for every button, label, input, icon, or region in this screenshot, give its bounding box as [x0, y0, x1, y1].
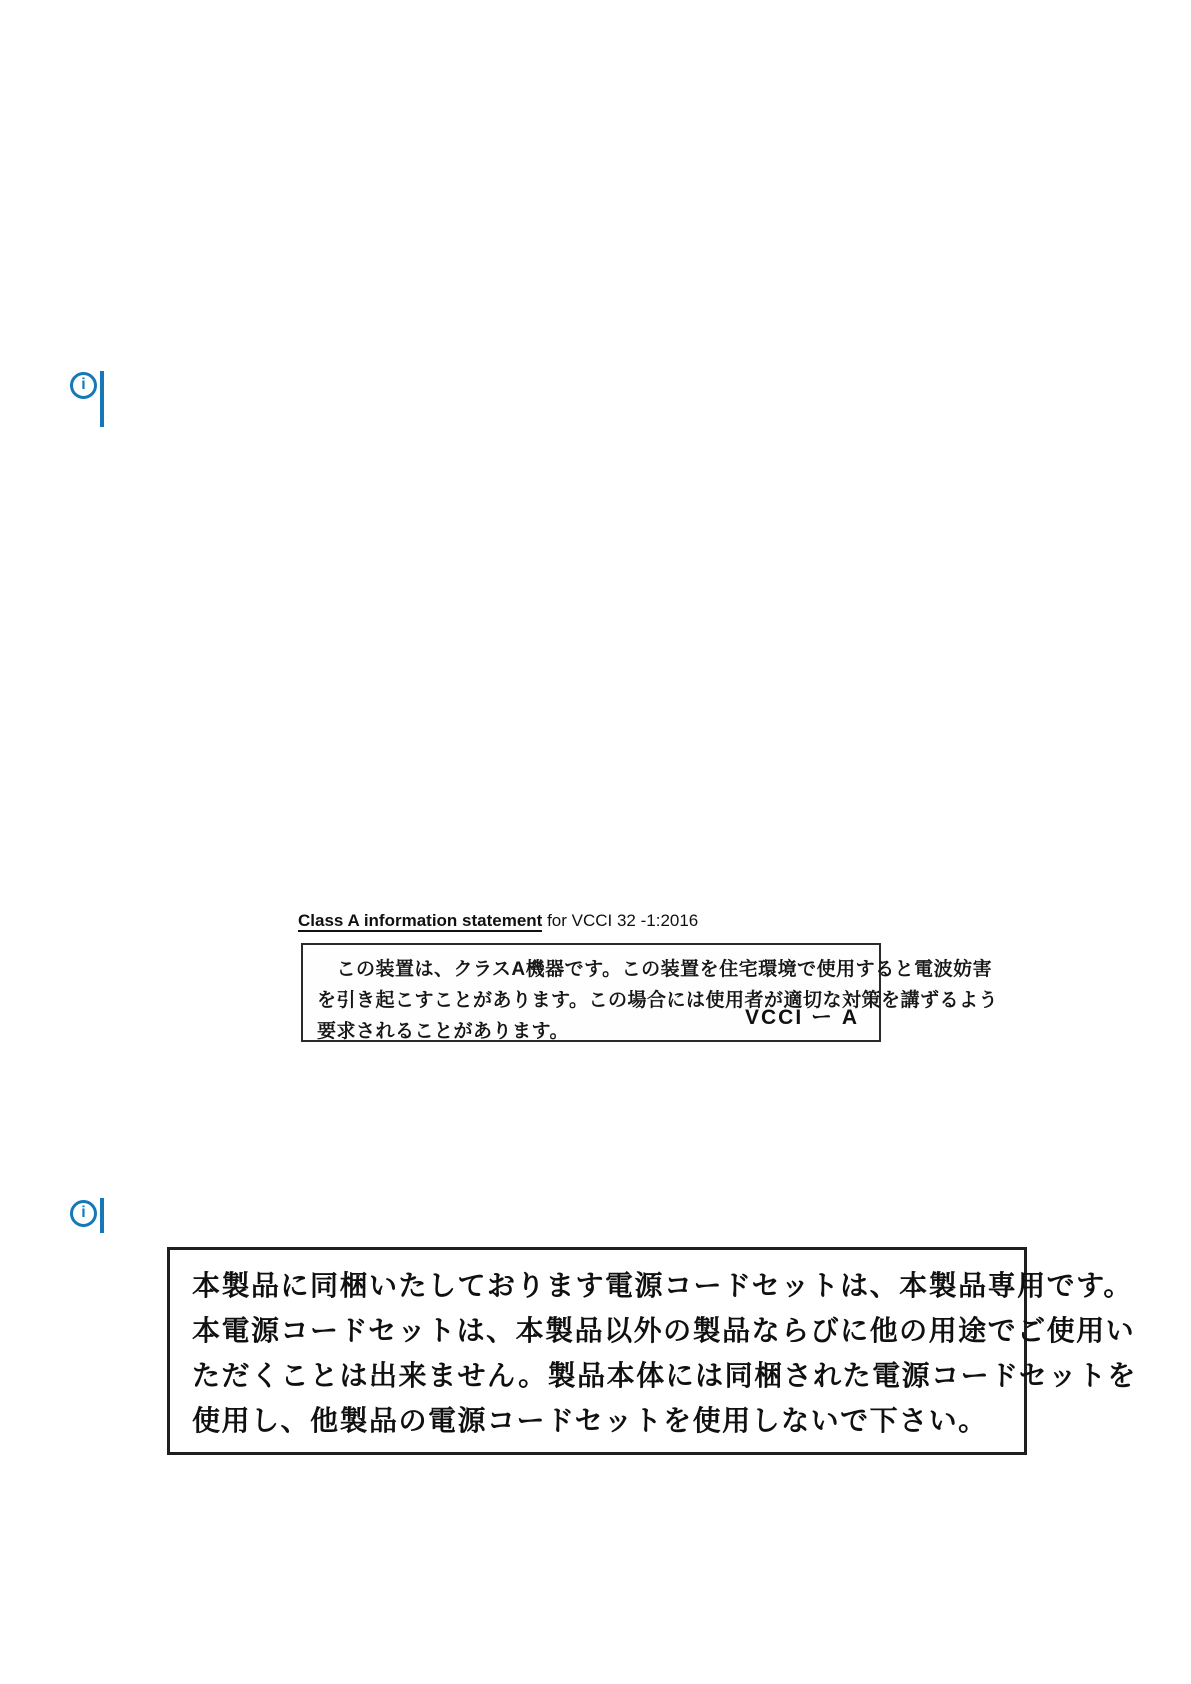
class-a-heading: Class A information statement for VCCI 3… — [298, 909, 698, 933]
vcci-statement-box: この装置は、クラスA機器です。この装置を住宅環境で使用すると電波妨害 を引き起こ… — [301, 943, 881, 1042]
info-icon-glyph: i — [81, 377, 85, 393]
note-vertical-rule — [100, 1198, 104, 1233]
power-cord-notice-line: 使用し、他製品の電源コードセットを使用しないで下さい。 — [192, 1398, 1004, 1443]
document-page: i Class A information statement for VCCI… — [0, 0, 1191, 1684]
power-cord-notice-box: 本製品に同梱いたしております電源コードセットは、本製品専用です。 本電源コードセ… — [167, 1247, 1027, 1455]
info-icon-glyph: i — [81, 1205, 85, 1221]
info-icon: i — [70, 372, 97, 399]
power-cord-notice-line: 本電源コードセットは、本製品以外の製品ならびに他の用途でご使用い — [192, 1308, 1004, 1353]
note-vertical-rule — [100, 371, 104, 427]
info-icon: i — [70, 1200, 97, 1227]
vcci-a-label: VCCI ー A — [745, 1002, 859, 1033]
vcci-statement-line: この装置は、クラスA機器です。この装置を住宅環境で使用すると電波妨害 — [317, 954, 863, 985]
power-cord-notice-line: ただくことは出来ません。製品本体には同梱された電源コードセットを — [192, 1353, 1004, 1398]
power-cord-notice-line: 本製品に同梱いたしております電源コードセットは、本製品専用です。 — [192, 1263, 1004, 1308]
class-a-heading-rest: for VCCI 32 -1:2016 — [542, 911, 698, 930]
class-a-heading-underlined: Class A information statement — [298, 911, 542, 932]
